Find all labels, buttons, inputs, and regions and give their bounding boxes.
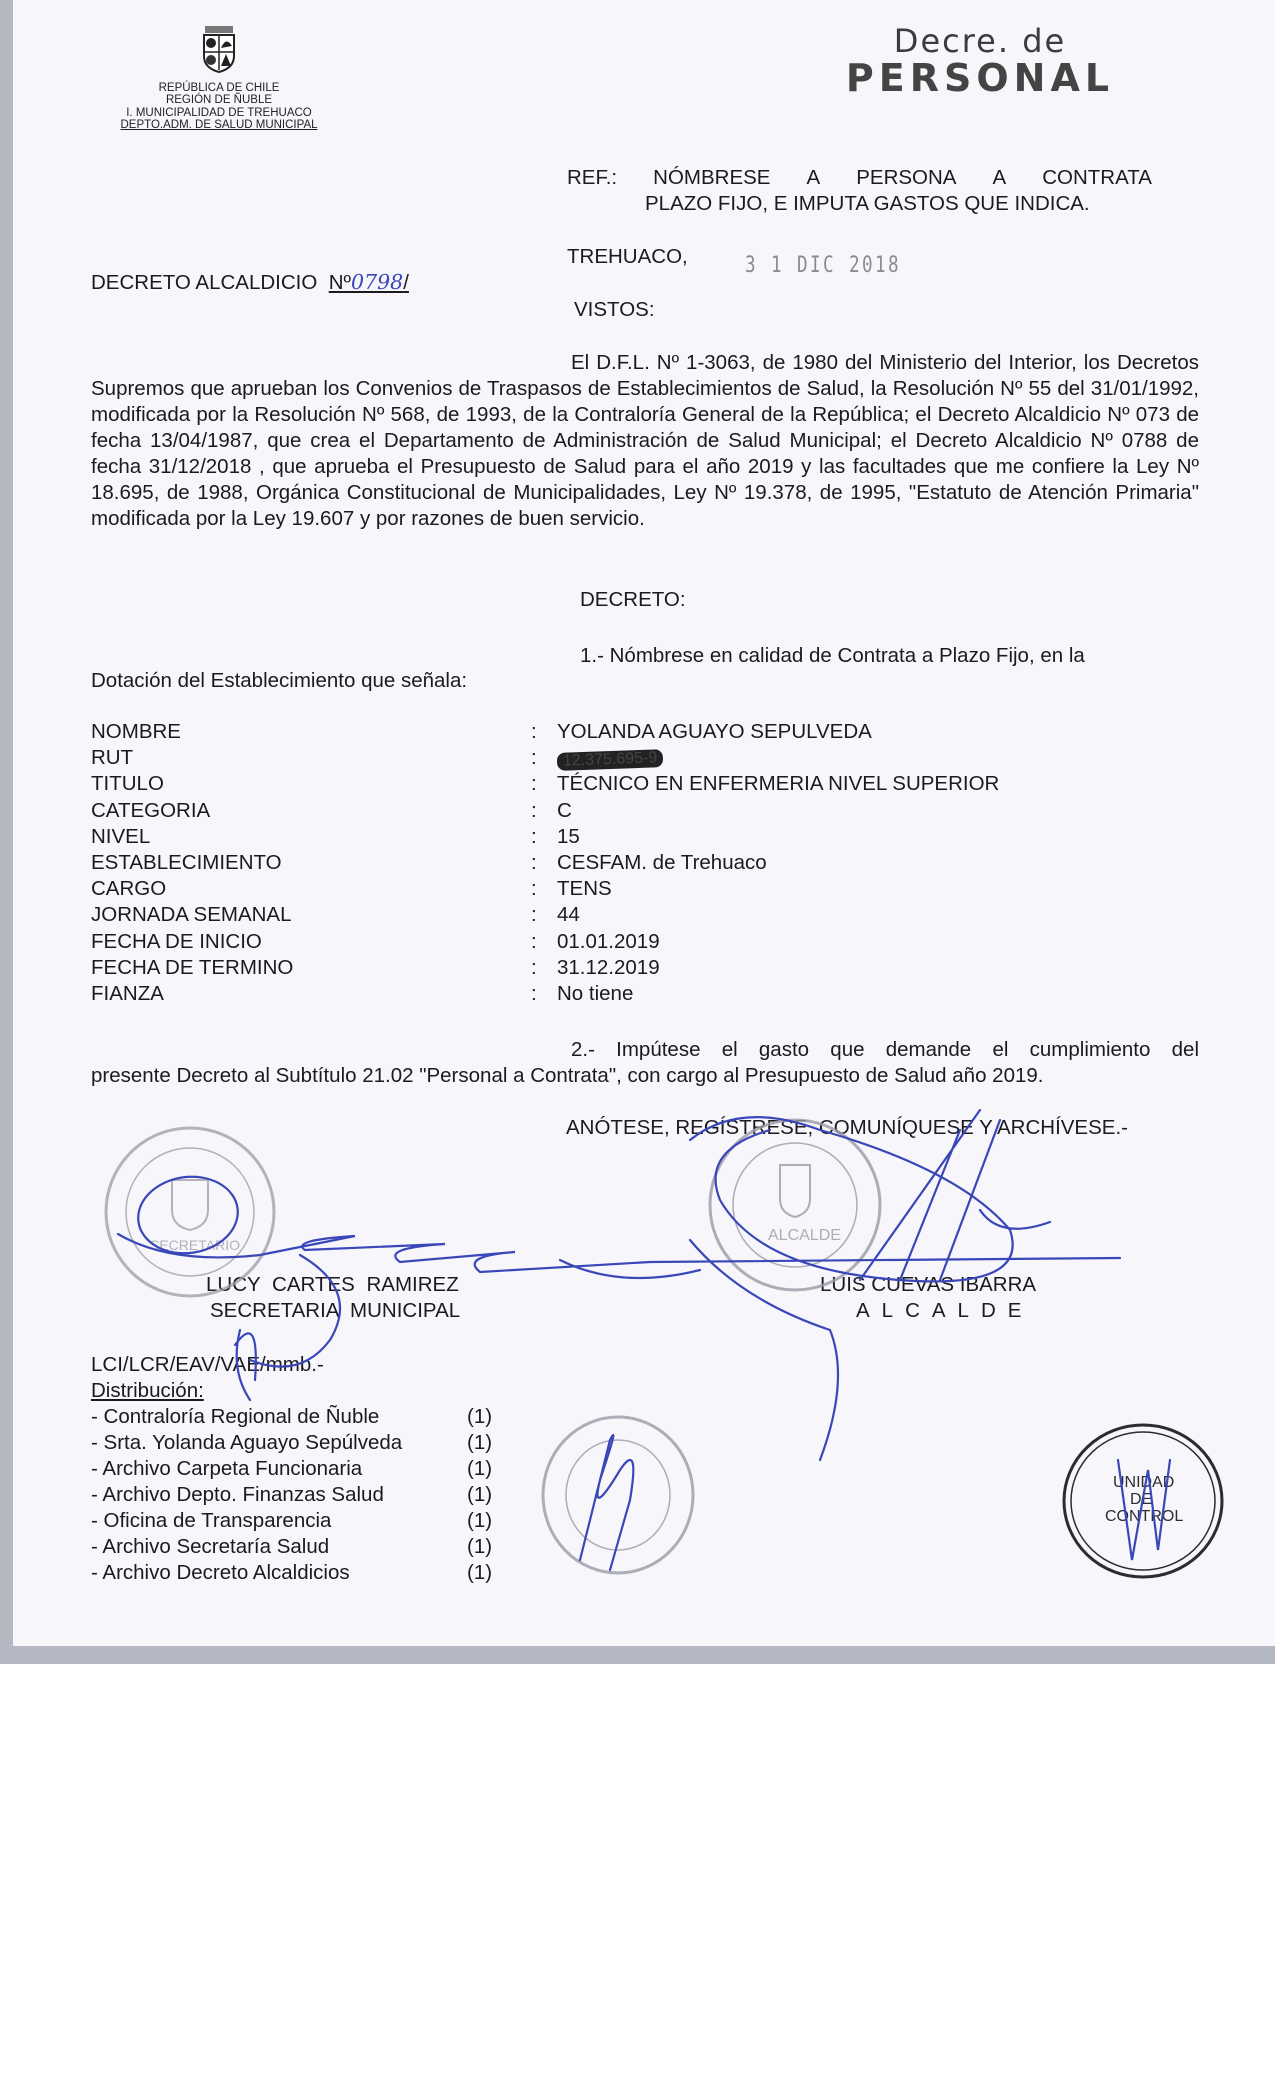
field-row: JORNADA SEMANAL:44 xyxy=(91,902,999,928)
date-stamp: 3 1 DIC 2018 xyxy=(745,253,901,278)
field-row: NOMBRE:YOLANDA AGUAYO SEPULVEDA xyxy=(91,719,999,745)
field-value: TENS xyxy=(557,876,612,902)
handwritten-number: 0798 xyxy=(351,270,403,294)
field-row: NIVEL:15 xyxy=(91,824,999,850)
distribution-recipient: - Archivo Depto. Finanzas Salud xyxy=(91,1482,467,1508)
reference-label: REF.: xyxy=(567,165,617,191)
field-label: FIANZA xyxy=(91,981,531,1007)
redaction-mark: 12.375.695-9 xyxy=(557,749,664,771)
distribution-copies: (1) xyxy=(467,1534,492,1560)
distribution-copies: (1) xyxy=(467,1456,492,1482)
field-label: NOMBRE xyxy=(91,719,531,745)
field-row: FECHA DE TERMINO:31.12.2019 xyxy=(91,955,999,981)
reference-word: A xyxy=(807,165,821,191)
decreto-heading: DECRETO: xyxy=(580,587,686,613)
letterhead-line: REPÚBLICA DE CHILE xyxy=(103,82,335,95)
article-1-line-2: Dotación del Establecimiento que señala: xyxy=(91,668,467,694)
distribution-recipient: - Srta. Yolanda Aguayo Sepúlveda xyxy=(91,1430,467,1456)
field-colon: : xyxy=(531,929,557,955)
vistos-text: El D.F.L. Nº 1-3063, de 1980 del Ministe… xyxy=(91,351,1199,530)
drafting-initials: LCI/LCR/EAV/VAE/mmb.- xyxy=(91,1352,324,1378)
mayor-title: ALCALDE xyxy=(820,1298,1036,1324)
field-label: FECHA DE TERMINO xyxy=(91,955,531,981)
article-2: 2.- Impútese el gasto que demande el cum… xyxy=(91,1037,1199,1089)
distribution-copies: (1) xyxy=(467,1482,492,1508)
field-value: TÉCNICO EN ENFERMERIA NIVEL SUPERIOR xyxy=(557,771,999,797)
decree-number-field: Nº0798/ xyxy=(329,271,409,294)
distribution-item: - Contraloría Regional de Ñuble(1) xyxy=(91,1404,492,1430)
field-colon: : xyxy=(531,876,557,902)
city: TREHUACO, xyxy=(567,244,688,270)
distribution-heading: Distribución: xyxy=(91,1378,204,1404)
distribution-copies: (1) xyxy=(467,1404,492,1430)
field-colon: : xyxy=(531,719,557,745)
vistos-paragraph: El D.F.L. Nº 1-3063, de 1980 del Ministe… xyxy=(91,350,1199,532)
field-value: 44 xyxy=(557,902,580,928)
reference-word: PERSONA xyxy=(856,165,956,191)
distribution-copies: (1) xyxy=(467,1560,492,1586)
field-colon: : xyxy=(531,955,557,981)
distribution-item: - Srta. Yolanda Aguayo Sepúlveda(1) xyxy=(91,1430,492,1456)
field-row: FIANZA:No tiene xyxy=(91,981,999,1007)
article-2-line-2: presente Decreto al Subtítulo 21.02 "Per… xyxy=(91,1063,1199,1089)
distribution-recipient: - Archivo Secretaría Salud xyxy=(91,1534,467,1560)
field-colon: : xyxy=(531,824,557,850)
vistos-heading: VISTOS: xyxy=(574,297,655,323)
field-label: CARGO xyxy=(91,876,531,902)
field-colon: : xyxy=(531,771,557,797)
secretary-name: LUCY CARTES RAMIREZ xyxy=(206,1272,460,1298)
field-row: CATEGORIA:C xyxy=(91,798,999,824)
letterhead: REPÚBLICA DE CHILE REGIÓN DE ÑUBLE I. MU… xyxy=(103,24,335,132)
secretary-signature-block: LUCY CARTES RAMIREZ SECRETARIA MUNICIPAL xyxy=(206,1272,460,1324)
reference-line-1: REF.: NÓMBRESE A PERSONA A CONTRATA xyxy=(567,165,1152,191)
number-prefix: Nº xyxy=(329,271,351,294)
distribution-item: - Archivo Secretaría Salud(1) xyxy=(91,1534,492,1560)
field-value: C xyxy=(557,798,572,824)
stamp-line-2: PERSONAL xyxy=(830,56,1130,100)
field-row: TITULO:TÉCNICO EN ENFERMERIA NIVEL SUPER… xyxy=(91,771,999,797)
field-value: YOLANDA AGUAYO SEPULVEDA xyxy=(557,719,872,745)
field-value: 15 xyxy=(557,824,580,850)
distribution-item: - Archivo Depto. Finanzas Salud(1) xyxy=(91,1482,492,1508)
field-row: FECHA DE INICIO:01.01.2019 xyxy=(91,929,999,955)
field-colon: : xyxy=(531,981,557,1007)
field-value: No tiene xyxy=(557,981,633,1007)
municipal-coat-of-arms-icon xyxy=(199,24,239,74)
distribution-copies: (1) xyxy=(467,1430,492,1456)
field-row: ESTABLECIMIENTO:CESFAM. de Trehuaco xyxy=(91,850,999,876)
distribution-item: - Oficina de Transparencia(1) xyxy=(91,1508,492,1534)
field-label: JORNADA SEMANAL xyxy=(91,902,531,928)
distribution-list: - Contraloría Regional de Ñuble(1)- Srta… xyxy=(91,1404,492,1586)
decree-number: DECRETO ALCALDICIO Nº0798/ xyxy=(91,269,409,296)
field-colon: : xyxy=(531,798,557,824)
letterhead-line: I. MUNICIPALIDAD DE TREHUACO xyxy=(103,107,335,120)
field-value: CESFAM. de Trehuaco xyxy=(557,850,767,876)
number-suffix: / xyxy=(403,271,409,294)
distribution-recipient: - Contraloría Regional de Ñuble xyxy=(91,1404,467,1430)
reference-word: CONTRATA xyxy=(1042,165,1152,191)
article-1-line-1: 1.- Nómbrese en calidad de Contrata a Pl… xyxy=(580,643,1200,669)
distribution-recipient: - Archivo Carpeta Funcionaria xyxy=(91,1456,467,1482)
field-label: ESTABLECIMIENTO xyxy=(91,850,531,876)
field-value: 31.12.2019 xyxy=(557,955,660,981)
appointment-fields: NOMBRE:YOLANDA AGUAYO SEPULVEDARUT:12.37… xyxy=(91,719,999,1007)
article-2-line-1: 2.- Impútese el gasto que demande el cum… xyxy=(91,1037,1199,1063)
distribution-recipient: - Archivo Decreto Alcaldicios xyxy=(91,1560,467,1586)
mayor-name: LUIS CUEVAS IBARRA xyxy=(820,1272,1036,1298)
decree-type-stamp: Decre. de PERSONAL xyxy=(830,22,1130,100)
field-row: RUT:12.375.695-9 xyxy=(91,745,999,771)
distribution-copies: (1) xyxy=(467,1508,492,1534)
field-colon: : xyxy=(531,850,557,876)
distribution-item: - Archivo Decreto Alcaldicios(1) xyxy=(91,1560,492,1586)
reference-line-2: PLAZO FIJO, E IMPUTA GASTOS QUE INDICA. xyxy=(567,191,1167,217)
field-colon: : xyxy=(531,745,557,771)
field-value-redacted: 12.375.695-9 xyxy=(557,745,663,771)
stamp-line-1: Decre. de xyxy=(830,22,1130,60)
mayor-signature-block: LUIS CUEVAS IBARRA ALCALDE xyxy=(820,1272,1036,1324)
closing-formula: ANÓTESE, REGÍSTRESE, COMUNÍQUESE Y ARCHÍ… xyxy=(566,1115,1128,1141)
field-label: FECHA DE INICIO xyxy=(91,929,531,955)
field-label: NIVEL xyxy=(91,824,531,850)
reference-word: A xyxy=(993,165,1007,191)
field-colon: : xyxy=(531,902,557,928)
decree-label: DECRETO ALCALDICIO xyxy=(91,271,317,294)
distribution-item: - Archivo Carpeta Funcionaria(1) xyxy=(91,1456,492,1482)
secretary-title: SECRETARIA MUNICIPAL xyxy=(206,1298,460,1324)
field-label: TITULO xyxy=(91,771,531,797)
distribution-recipient: - Oficina de Transparencia xyxy=(91,1508,467,1534)
reference-word: NÓMBRESE xyxy=(653,165,770,191)
reference: REF.: NÓMBRESE A PERSONA A CONTRATA PLAZ… xyxy=(567,165,1167,217)
field-value: 01.01.2019 xyxy=(557,929,660,955)
field-label: CATEGORIA xyxy=(91,798,531,824)
letterhead-line: REGIÓN DE ÑUBLE xyxy=(103,94,335,107)
field-row: CARGO:TENS xyxy=(91,876,999,902)
field-label: RUT xyxy=(91,745,531,771)
letterhead-department: DEPTO.ADM. DE SALUD MUNICIPAL xyxy=(103,119,335,132)
